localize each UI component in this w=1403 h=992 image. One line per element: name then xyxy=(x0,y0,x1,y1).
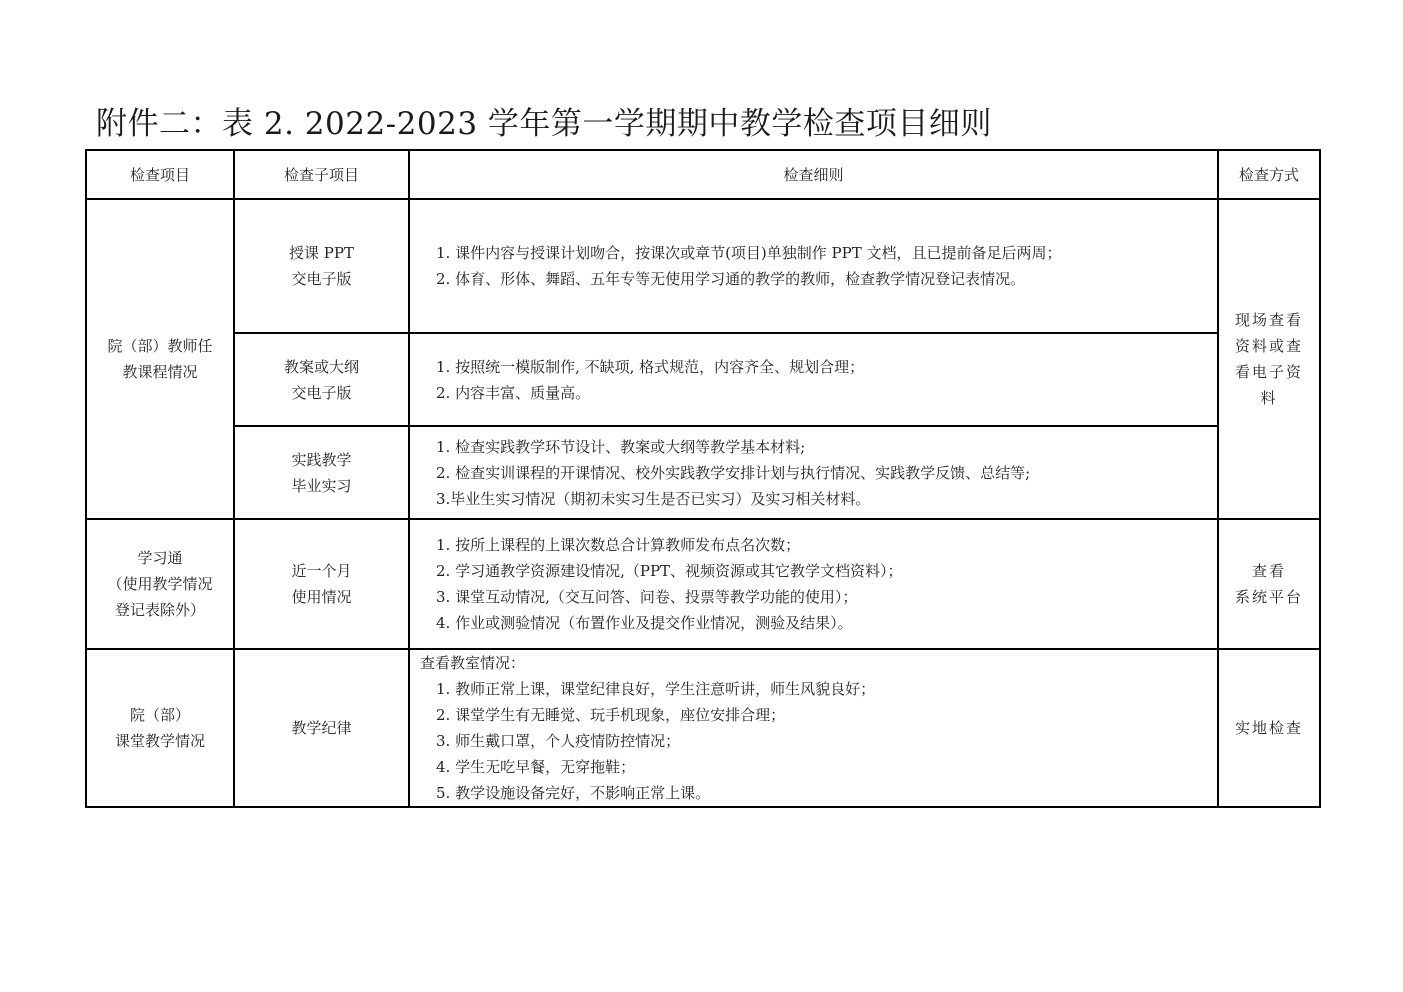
detail-line: 2. 学习通教学资源建设情况,（PPT、视频资源或其它教学文档资料）； xyxy=(436,558,1217,584)
subitem-line: 使用情况 xyxy=(235,584,408,610)
item-line: 院（部）教师任 xyxy=(87,333,233,359)
method-line: 料 xyxy=(1227,385,1311,411)
detail-line: 3.毕业生实习情况（期初未实习生是否已实习）及实习相关材料。 xyxy=(436,486,1217,512)
method-line: 查看 xyxy=(1227,558,1311,584)
detail-line: 1. 课件内容与授课计划吻合，按课次或章节(项目)单独制作 PPT 文档，且已提… xyxy=(436,240,1217,266)
detail-line: 2. 体育、形体、舞蹈、五年专等无使用学习通的教学的教师，检查教学情况登记表情况… xyxy=(436,266,1217,292)
table-row: 学习通 （使用教学情况 登记表除外） 近一个月 使用情况 1. 按所上课程的上课… xyxy=(86,519,1320,649)
detail-line: 2. 内容丰富、质量高。 xyxy=(436,380,1217,406)
subitem-line: 近一个月 xyxy=(235,558,408,584)
subitem-line: 交电子版 xyxy=(235,380,408,406)
subitem-line: 教案或大纲 xyxy=(235,354,408,380)
item-line: 登记表除外） xyxy=(87,597,233,623)
details-cell-syllabus: 1. 按照统一模版制作, 不缺项, 格式规范，内容齐全、规划合理； 2. 内容丰… xyxy=(409,333,1218,426)
subitem-cell-ppt: 授课 PPT 交电子版 xyxy=(234,199,409,333)
detail-line: 1. 检查实践教学环节设计、教案或大纲等教学基本材料; xyxy=(436,434,1217,460)
subitem-cell-discipline: 教学纪律 xyxy=(234,649,409,807)
subitem-cell-practice: 实践教学 毕业实习 xyxy=(234,426,409,519)
header-item: 检查项目 xyxy=(86,150,234,199)
method-cell-onsite-materials: 现场查看 资料或查 看电子资 料 xyxy=(1218,199,1320,519)
details-cell-ppt: 1. 课件内容与授课计划吻合，按课次或章节(项目)单独制作 PPT 文档，且已提… xyxy=(409,199,1218,333)
details-cell-practice: 1. 检查实践教学环节设计、教案或大纲等教学基本材料; 2. 检查实训课程的开课… xyxy=(409,426,1218,519)
subitem-cell-syllabus: 教案或大纲 交电子版 xyxy=(234,333,409,426)
details-cell-recent-month: 1. 按所上课程的上课次数总合计算教师发布点名次数； 2. 学习通教学资源建设情… xyxy=(409,519,1218,649)
detail-line: 1. 教师正常上课，课堂纪律良好，学生注意听讲，师生风貌良好； xyxy=(436,676,1217,702)
method-line: 实地检查 xyxy=(1227,715,1311,741)
subitem-cell-recent-month: 近一个月 使用情况 xyxy=(234,519,409,649)
detail-line: 3. 师生戴口罩，个人疫情防控情况； xyxy=(436,728,1217,754)
method-cell-system-platform: 查看 系统平台 xyxy=(1218,519,1320,649)
item-line: 学习通 xyxy=(87,545,233,571)
method-line: 系统平台 xyxy=(1227,584,1311,610)
table-row: 实践教学 毕业实习 1. 检查实践教学环节设计、教案或大纲等教学基本材料; 2.… xyxy=(86,426,1320,519)
inspection-table: 检查项目 检查子项目 检查细则 检查方式 院（部）教师任 教课程情况 授课 PP… xyxy=(85,149,1321,808)
item-line: 教课程情况 xyxy=(87,359,233,385)
method-cell-onsite-check: 实地检查 xyxy=(1218,649,1320,807)
subitem-line: 授课 PPT xyxy=(235,240,408,266)
detail-line: 5. 教学设施设备完好，不影响正常上课。 xyxy=(436,780,1217,806)
detail-line: 2. 检查实训课程的开课情况、校外实践教学安排计划与执行情况、实践教学反馈、总结… xyxy=(436,460,1217,486)
detail-line: 1. 按照统一模版制作, 不缺项, 格式规范，内容齐全、规划合理； xyxy=(436,354,1217,380)
table-header-row: 检查项目 检查子项目 检查细则 检查方式 xyxy=(86,150,1320,199)
table-row: 教案或大纲 交电子版 1. 按照统一模版制作, 不缺项, 格式规范，内容齐全、规… xyxy=(86,333,1320,426)
document-title: 附件二：表 2. 2022-2023 学年第一学期期中教学检查项目细则 xyxy=(96,102,992,146)
subitem-line: 实践教学 xyxy=(235,447,408,473)
method-line: 看电子资 xyxy=(1227,359,1311,385)
table-row: 院（部） 课堂教学情况 教学纪律 查看教室情况： 1. 教师正常上课，课堂纪律良… xyxy=(86,649,1320,807)
method-line: 资料或查 xyxy=(1227,333,1311,359)
item-cell-classroom: 院（部） 课堂教学情况 xyxy=(86,649,234,807)
item-cell-xuexitong: 学习通 （使用教学情况 登记表除外） xyxy=(86,519,234,649)
detail-line: 2. 课堂学生有无睡觉、玩手机现象，座位安排合理； xyxy=(436,702,1217,728)
item-cell-teacher-courses: 院（部）教师任 教课程情况 xyxy=(86,199,234,519)
detail-line: 1. 按所上课程的上课次数总合计算教师发布点名次数； xyxy=(436,532,1217,558)
detail-intro: 查看教室情况： xyxy=(420,650,1217,676)
header-method: 检查方式 xyxy=(1218,150,1320,199)
item-line: 院（部） xyxy=(87,702,233,728)
detail-line: 4. 学生无吃早餐，无穿拖鞋； xyxy=(436,754,1217,780)
subitem-line: 交电子版 xyxy=(235,266,408,292)
detail-line: 4. 作业或测验情况（布置作业及提交作业情况，测验及结果）。 xyxy=(436,610,1217,636)
details-cell-discipline: 查看教室情况： 1. 教师正常上课，课堂纪律良好，学生注意听讲，师生风貌良好； … xyxy=(409,649,1218,807)
item-line: 课堂教学情况 xyxy=(87,728,233,754)
subitem-line: 毕业实习 xyxy=(235,473,408,499)
item-line: （使用教学情况 xyxy=(87,571,233,597)
subitem-line: 教学纪律 xyxy=(235,715,408,741)
header-subitem: 检查子项目 xyxy=(234,150,409,199)
table-row: 院（部）教师任 教课程情况 授课 PPT 交电子版 1. 课件内容与授课计划吻合… xyxy=(86,199,1320,333)
header-details: 检查细则 xyxy=(409,150,1218,199)
method-line: 现场查看 xyxy=(1227,307,1311,333)
detail-line: 3. 课堂互动情况,（交互问答、问卷、投票等教学功能的使用）； xyxy=(436,584,1217,610)
